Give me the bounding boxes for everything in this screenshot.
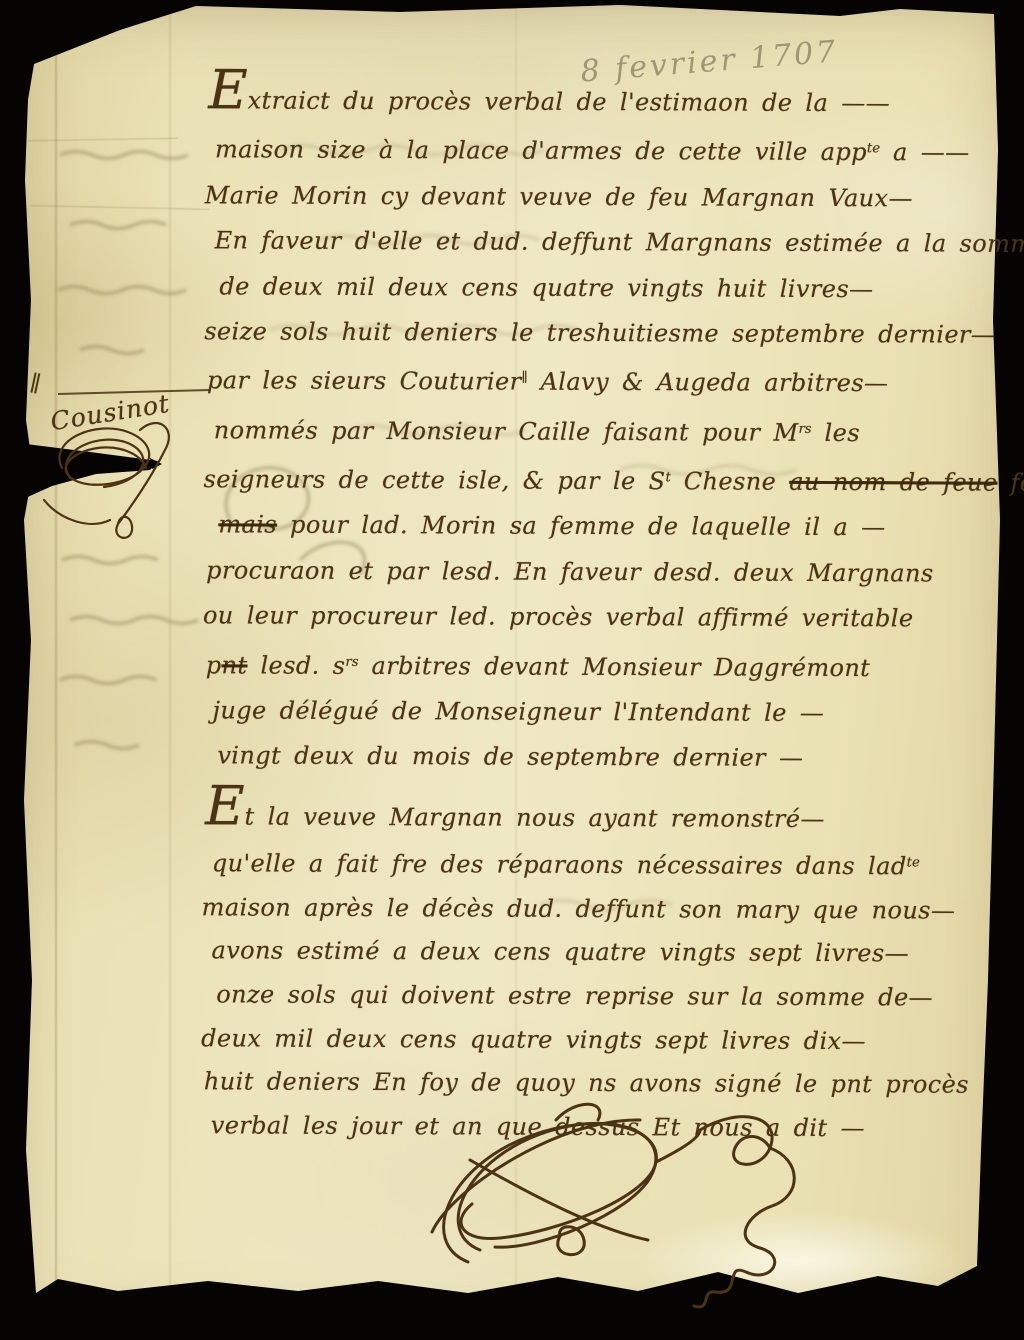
text-segment: nommés par Monsieur Caille faisant pour … bbox=[214, 416, 799, 447]
manuscript-line: Et la veuve Margnan nous ayant remonstré… bbox=[205, 795, 991, 842]
struck-text: au nom de feue bbox=[789, 468, 997, 497]
text-segment: femme bbox=[997, 469, 1024, 497]
text-segment: huit deniers En foy de quoy ns avons sig… bbox=[204, 1067, 969, 1098]
text-segment: rs bbox=[345, 654, 358, 669]
fold-line bbox=[54, 0, 58, 1340]
text-segment: En faveur d'elle et dud. deffunt Margnan… bbox=[215, 226, 1024, 258]
manuscript-line: de deux mil deux cens quatre vingts huit… bbox=[219, 264, 993, 313]
manuscript-line: avons estimé a deux cens quatre vingts s… bbox=[211, 930, 990, 977]
manuscript-line: En faveur d'elle et dud. deffunt Margnan… bbox=[215, 218, 994, 267]
manuscript-line: mais pour lad. Morin sa femme de laquell… bbox=[218, 503, 992, 552]
manuscript-line: seize sols huit deniers le treshuitiesme… bbox=[204, 309, 993, 358]
text-segment: Extraict du procès verbal de l'estimaon … bbox=[208, 86, 890, 117]
text-segment: deux mil deux cens quatre vingts sept li… bbox=[201, 1024, 866, 1055]
paragraph: Extraict du procès verbal de l'estimaon … bbox=[205, 78, 994, 782]
text-segment: qu'elle a fait fre des réparaons nécessa… bbox=[212, 849, 907, 880]
text-segment: maison après le décès dud. deffunt son m… bbox=[202, 893, 956, 924]
text-segment: procuraon et par lesd. En faveur desd. d… bbox=[206, 556, 934, 587]
manuscript-line: Extraict du procès verbal de l'estimaon … bbox=[208, 78, 994, 127]
struck-text: nt bbox=[221, 651, 247, 679]
text-segment: de deux mil deux cens quatre vingts huit… bbox=[219, 272, 873, 303]
text-segment: ou leur procureur led. procès verbal aff… bbox=[203, 601, 914, 632]
text-segment: Chesne bbox=[671, 467, 790, 496]
text-segment: Alavy & Augeda arbitres— bbox=[528, 368, 889, 398]
manuscript-line: maison après le décès dud. deffunt son m… bbox=[202, 886, 991, 933]
manuscript-line: qu'elle a fait fre des réparaons nécessa… bbox=[212, 839, 991, 890]
manuscript-line: onze sols qui doivent estre reprise sur … bbox=[216, 973, 990, 1020]
text-segment: arbitres devant Monsieur Daggrémont bbox=[358, 651, 870, 681]
text-segment: avons estimé a deux cens quatre vingts s… bbox=[211, 937, 909, 968]
manuscript-scan: 8 fevrier 1707 ∥ Cousinot Extraict du pr… bbox=[0, 0, 1024, 1340]
manuscript-line: huit deniers En foy de quoy ns avons sig… bbox=[204, 1060, 990, 1107]
manuscript-line: seigneurs de cette isle, & par le St Che… bbox=[203, 453, 992, 506]
text-segment: verbal les jour et an que dessus Et nous… bbox=[211, 1111, 865, 1142]
text-segment: maison size à la place d'armes de cette … bbox=[215, 136, 867, 167]
text-segment: te bbox=[867, 142, 880, 157]
manuscript-line: juge délégué de Monseigneur l'Intendant … bbox=[212, 688, 991, 737]
manuscript-line: verbal les jour et an que dessus Et nous… bbox=[211, 1104, 990, 1151]
manuscript-line: procuraon et par lesd. En faveur desd. d… bbox=[206, 548, 992, 597]
manuscript-line: par les sieurs Couturier∥ Alavy & Augeda… bbox=[207, 355, 993, 408]
text-segment: par les sieurs Couturier bbox=[207, 367, 522, 396]
manuscript-line: maison size à la place d'armes de cette … bbox=[215, 124, 994, 177]
text-segment: vingt deux du mois de septembre dernier … bbox=[217, 742, 803, 773]
manuscript-line: pnt lesd. srs arbitres devant Monsieur D… bbox=[206, 639, 992, 692]
text-segment: te bbox=[907, 856, 920, 871]
manuscript-line: ou leur procureur led. procès verbal aff… bbox=[203, 593, 992, 642]
manuscript-line: nommés par Monsieur Caille faisant pour … bbox=[214, 404, 993, 457]
struck-text: mais bbox=[218, 511, 277, 539]
text-segment: p bbox=[206, 651, 222, 679]
text-segment: Marie Morin cy devant veuve de feu Margn… bbox=[205, 181, 913, 212]
text-segment: rs bbox=[798, 422, 811, 437]
manuscript-line: Marie Morin cy devant veuve de feu Margn… bbox=[205, 173, 994, 222]
manuscript-line: vingt deux du mois de septembre dernier … bbox=[217, 734, 991, 783]
text-segment: Et la veuve Margnan nous ayant remonstré… bbox=[205, 802, 825, 833]
text-segment: onze sols qui doivent estre reprise sur … bbox=[216, 980, 933, 1011]
paragraph: Et la veuve Margnan nous ayant remonstré… bbox=[204, 795, 992, 1151]
fold-line bbox=[168, 0, 172, 1340]
text-segment: pour lad. Morin sa femme de laquelle il … bbox=[277, 511, 886, 542]
document-text: Extraict du procès verbal de l'estimaon … bbox=[204, 78, 995, 1151]
text-segment: lesd. s bbox=[247, 651, 345, 679]
text-segment: a —— bbox=[880, 139, 970, 167]
text-segment: juge délégué de Monseigneur l'Intendant … bbox=[213, 696, 825, 727]
manuscript-line: deux mil deux cens quatre vingts sept li… bbox=[201, 1017, 990, 1064]
text-segment: seize sols huit deniers le treshuitiesme… bbox=[204, 317, 995, 348]
crease-line bbox=[28, 137, 178, 143]
crease-line bbox=[30, 204, 210, 211]
text-segment: les bbox=[812, 418, 861, 446]
text-segment: seigneurs de cette isle, & par le S bbox=[204, 465, 666, 495]
